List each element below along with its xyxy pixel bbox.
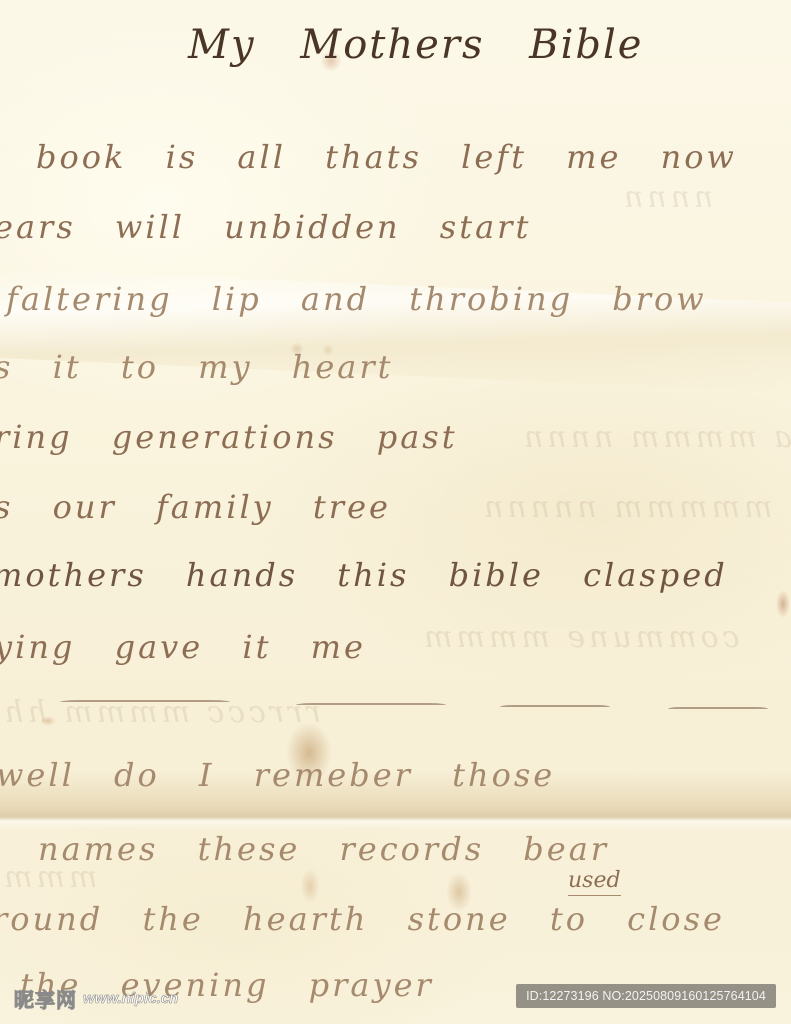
poem-line-3: faltering lip and throbing brow — [6, 280, 707, 318]
poem-line-10: names these records bear — [38, 830, 609, 868]
poem-line-8: ying gave it me — [0, 628, 366, 666]
site-watermark: 昵享网 www.nipic.cn — [14, 984, 178, 1013]
poem-line-5: ring generations past — [0, 418, 458, 456]
poem-line-6: s our family tree — [0, 488, 391, 526]
bleed-through-text: mmmmm nnnnn — [480, 490, 772, 525]
bleed-through-text: aaaa mmmm nnnn — [520, 420, 791, 455]
bleed-through-text: commune mmmm — [420, 620, 739, 655]
divider-flourish — [668, 707, 768, 709]
image-id-watermark: ID:12273196 NO:20250809160125764104 — [516, 984, 776, 1008]
inserted-word: used — [568, 868, 621, 896]
poem-line-9: well do I remeber those — [0, 756, 555, 794]
image-id-text: ID:12273196 NO:20250809160125764104 — [526, 989, 766, 1003]
divider-flourish — [60, 700, 230, 702]
divider-flourish — [500, 705, 610, 707]
poem-line-4: s it to my heart — [0, 348, 394, 386]
bleed-through-text: nnnn — [620, 180, 713, 215]
poem-line-7: mothers hands this bible clasped — [0, 556, 728, 594]
poem-title: My Mothers Bible — [188, 22, 643, 68]
watermark-logo: 昵享网 — [14, 984, 77, 1013]
poem-line-2: ears will unbidden start — [0, 208, 531, 246]
poem-line-11: round the hearth stone to close — [0, 900, 725, 938]
watermark-url: www.nipic.cn — [83, 990, 178, 1007]
divider-flourish — [296, 703, 446, 705]
poem-line-1: book is all thats left me now — [36, 138, 737, 176]
